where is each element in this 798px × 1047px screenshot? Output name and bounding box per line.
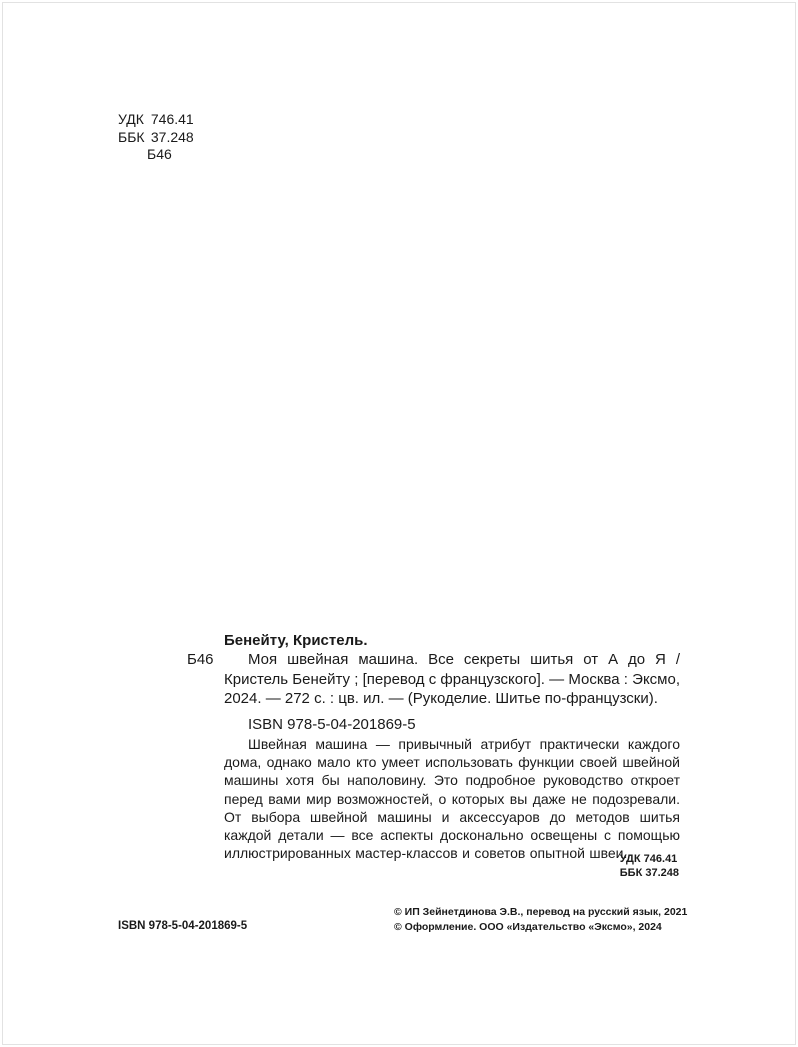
record-isbn: ISBN 978-5-04-201869-5	[224, 715, 680, 734]
footer-isbn: ISBN 978-5-04-201869-5	[118, 920, 247, 932]
copyright-translation: © ИП Зейнетдинова Э.В., перевод на русск…	[394, 905, 684, 920]
abstract: Швейная машина — привычный атрибут практ…	[224, 735, 680, 862]
udk-row: УДК 746.41	[118, 111, 194, 129]
bibliographic-record: Бенейту, Кристель. Моя швейная машина. В…	[224, 631, 680, 734]
udk-value: 746.41	[151, 111, 194, 127]
bbk-row: ББК 37.248	[118, 129, 194, 147]
bbk-value: 37.248	[151, 129, 194, 145]
udk-label: УДК	[118, 111, 147, 129]
copyright-block: © ИП Зейнетдинова Э.В., перевод на русск…	[394, 905, 684, 934]
top-classification: УДК 746.41 ББК 37.248 Б46	[118, 111, 194, 164]
bottom-udk: УДК 746.41	[620, 852, 679, 866]
record-description: Моя швейная машина. Все секреты шитья от…	[224, 650, 680, 708]
author-mark: Б46	[118, 146, 194, 164]
copyright-design: © Оформление. ООО «Издательство «Эксмо»,…	[394, 920, 684, 935]
bottom-classification: УДК 746.41 ББК 37.248	[620, 852, 679, 880]
bottom-bbk: ББК 37.248	[620, 866, 679, 880]
record-author: Бенейту, Кристель.	[224, 631, 680, 650]
record-author-mark: Б46	[187, 650, 214, 669]
bbk-label: ББК	[118, 129, 147, 147]
